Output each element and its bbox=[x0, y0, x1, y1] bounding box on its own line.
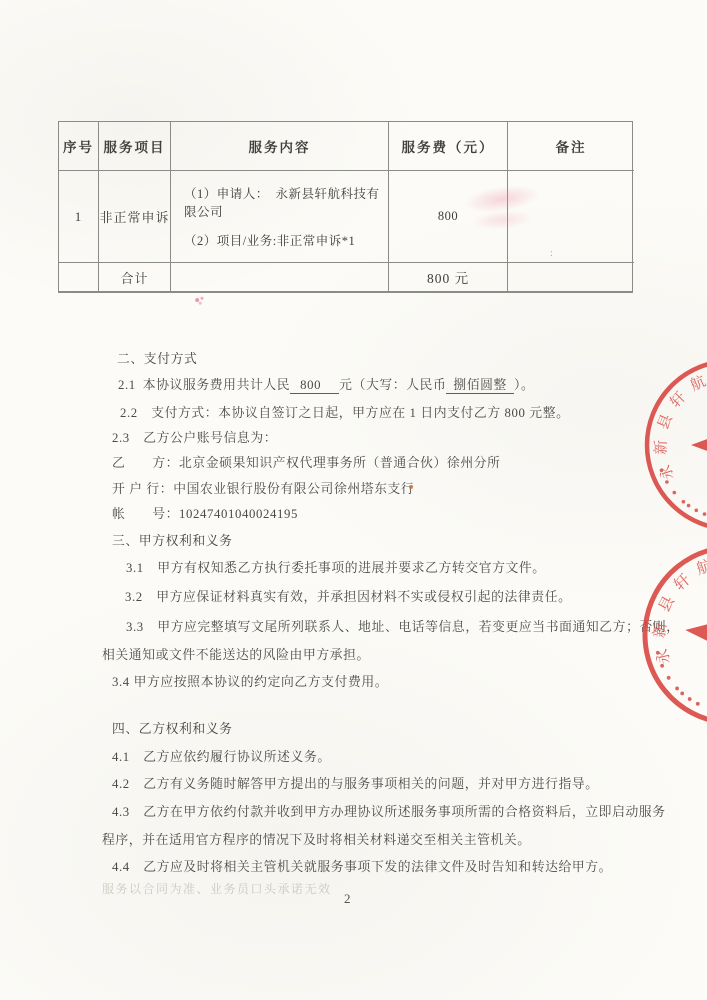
clause-2-3: 2.3 乙方公户账号信息为： bbox=[112, 430, 277, 446]
fee-amount-filled: 800 bbox=[290, 377, 339, 394]
page-number: 2 bbox=[344, 891, 351, 907]
scanned-contract-page: { "page": { "number": "2", "footer_note"… bbox=[0, 0, 707, 1000]
col-header-service-content: 服务内容 bbox=[171, 122, 389, 171]
col-header-service-item: 服务项目 bbox=[99, 122, 171, 171]
total-remark-cell bbox=[508, 263, 634, 291]
fee-amount-capital-filled: 捌佰圆整 bbox=[446, 377, 514, 394]
clause-3-3-line1: 3.3 甲方应完整填写文尾所列联系人、地址、电话等信息，若变更应当书面通知乙方；… bbox=[126, 619, 680, 635]
account-value: 10247401040024195 bbox=[179, 507, 298, 521]
clause-2-2: 2.2 支付方式：本协议自签订之日起，甲方应在 1 日内支付乙方 800 元整。 bbox=[120, 405, 570, 421]
clause-2-1-post: ）。 bbox=[514, 378, 534, 392]
seal-serial-dots bbox=[660, 469, 707, 516]
col-header-index: 序号 bbox=[59, 122, 99, 171]
row-remark-cell bbox=[508, 171, 634, 263]
account-label: 帐 号： bbox=[112, 506, 179, 522]
account-number-line: 帐 号：10247401040024195 bbox=[112, 506, 298, 522]
clause-4-4: 4.4 乙方应及时将相关主管机关就服务事项下发的法律文件及时告知和转达给甲方。 bbox=[112, 859, 612, 875]
clause-4-3-line1: 4.3 乙方在甲方依约付款并收到甲方办理协议所述服务事项所需的合格资料后，立即启… bbox=[112, 804, 666, 820]
party-b-name-line: 乙 方：北京金硕果知识产权代理事务所（普通合伙）徐州分所 bbox=[112, 455, 501, 471]
section-party-a-heading: 三、甲方权利和义务 bbox=[112, 533, 233, 549]
clause-2-1-pre: 本协议服务费用共计人民 bbox=[143, 378, 290, 392]
total-index-cell bbox=[59, 263, 99, 291]
seal-star-icon bbox=[680, 585, 707, 685]
row-service-content-cell: （1）申请人： 永新县轩航科技有限公司 （2）项目/业务:非正常申诉*1 bbox=[171, 171, 389, 263]
content-line-applicant: （1）申请人： 永新县轩航科技有限公司 bbox=[184, 184, 388, 220]
total-label-cell: 合计 bbox=[99, 263, 171, 291]
content-line-project: （2）项目/业务:非正常申诉*1 bbox=[184, 231, 355, 249]
svg-text:永新县轩航科技有限公司: 永新县轩航科技有限公司 bbox=[647, 545, 707, 683]
clause-2-1-number: 2.1 bbox=[118, 378, 136, 392]
clause-3-4: 3.4 甲方应按照本协议的约定向乙方支付费用。 bbox=[112, 674, 388, 690]
clause-4-3-line2: 程序，并在适用官方程序的情况下及时将相关材料递交至相关主管机关。 bbox=[102, 832, 531, 848]
company-seal-stamp-top: 永新县轩航科技有限公司 bbox=[587, 360, 707, 530]
clause-2-1: 2.1本协议服务费用共计人民800元（大写：人民币捌佰圆整）。 bbox=[118, 377, 534, 394]
service-fee-table: 序号 服务项目 服务内容 服务费（元） 备注 1 非正常申诉 （1）申请人： 永… bbox=[58, 121, 633, 293]
seal-serial-dots bbox=[651, 651, 705, 706]
pink-ink-speck bbox=[193, 296, 205, 305]
section-party-b-heading: 四、乙方权利和义务 bbox=[112, 721, 233, 737]
clause-4-1: 4.1 乙方应依约履行协议所述义务。 bbox=[112, 749, 331, 765]
seal-company-name-text: 永新县轩航科技有限公司 bbox=[653, 366, 707, 482]
section-payment-heading: 二、支付方式 bbox=[117, 351, 197, 367]
clause-3-3-line2: 相关通知或文件不能送达的风险由甲方承担。 bbox=[102, 647, 370, 663]
party-b-label: 乙 方： bbox=[112, 455, 179, 471]
stray-colon-mark: : bbox=[550, 246, 553, 262]
total-content-cell bbox=[171, 263, 389, 291]
bank-value: 中国农业银行股份有限公司徐州塔东支行 bbox=[173, 482, 414, 496]
svg-text:永新县轩航科技有限公司: 永新县轩航科技有限公司 bbox=[653, 366, 707, 482]
row-service-item-cell: 非正常申诉 bbox=[99, 171, 171, 263]
clause-4-2: 4.2 乙方有义务随时解答甲方提出的与服务事项相关的问题，并对甲方进行指导。 bbox=[112, 776, 599, 792]
seal-company-name-text: 永新县轩航科技有限公司 bbox=[647, 545, 707, 683]
row-index-cell: 1 bbox=[59, 171, 99, 263]
footer-disclaimer-watermark: 服务以合同为准、业务员口头承诺无效 bbox=[102, 881, 332, 897]
col-header-remark: 备注 bbox=[508, 122, 634, 171]
seal-star-icon bbox=[691, 407, 707, 483]
clause-3-2: 3.2 甲方应保证材料真实有效，并承担因材料不实或侵权引起的法律责任。 bbox=[125, 589, 572, 605]
total-fee-cell: 800 元 bbox=[389, 263, 508, 291]
col-header-service-fee: 服务费（元） bbox=[389, 122, 508, 171]
company-seal-stamp-bottom: 永新县轩航科技有限公司 bbox=[582, 545, 707, 730]
bank-name-line: 开 户 行：中国农业银行股份有限公司徐州塔东支行 bbox=[112, 481, 414, 497]
clause-2-1-mid: 元（大写：人民币 bbox=[339, 378, 446, 392]
clause-3-1: 3.1 甲方有权知悉乙方执行委托事项的进展并要求乙方转交官方文件。 bbox=[126, 560, 546, 576]
row-fee-cell: 800 bbox=[389, 171, 508, 263]
bank-label: 开 户 行： bbox=[112, 481, 173, 497]
party-b-value: 北京金硕果知识产权代理事务所（普通合伙）徐州分所 bbox=[179, 456, 501, 470]
